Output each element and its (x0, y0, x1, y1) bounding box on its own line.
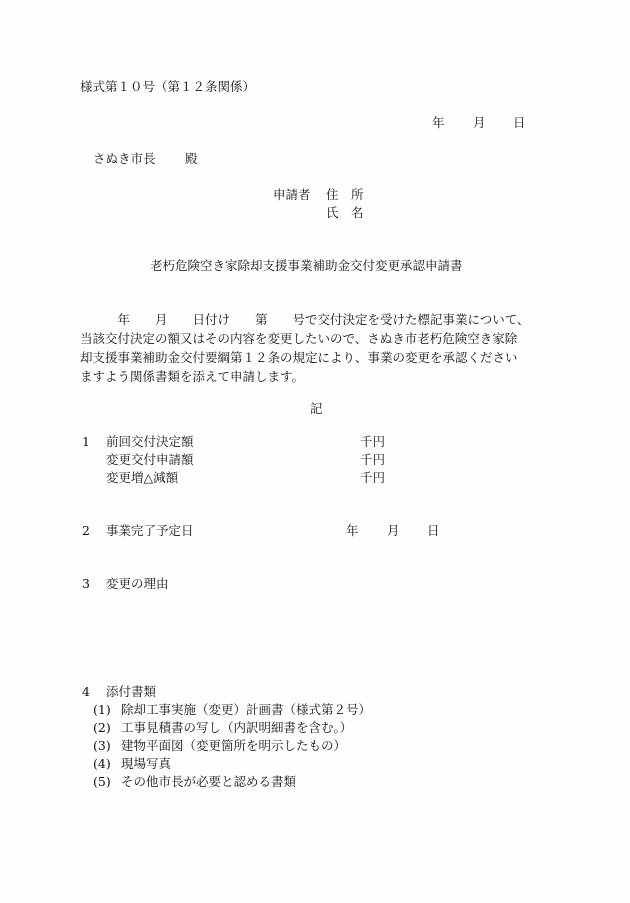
attachment-number: (5) (93, 776, 111, 789)
name-label: 氏 名 (326, 207, 364, 220)
date-year: 年 (432, 117, 445, 130)
completion-month: 月 (387, 525, 400, 538)
section-4-label: 添付書類 (106, 686, 156, 699)
attachment-number: (4) (93, 758, 111, 771)
section-3-label: 変更の理由 (106, 578, 169, 591)
section-3-number: 3 (82, 578, 90, 591)
attachment-text: 除却工事実施（変更）計画書（様式第２号） (121, 704, 371, 717)
attachment-number: (2) (93, 722, 111, 735)
document-title: 老朽危険空き家除却支援事業補助金交付変更承認申請書 (150, 260, 463, 273)
completion-year: 年 (346, 525, 359, 538)
body-paragraph: 年 月 日付け 第 号で交付決定を受けた標記事業について、 当該交付決定の額又は… (80, 310, 570, 386)
body-line: 却支援事業補助金交付要綱第１２条の規定により、事業の変更を承認ください (80, 348, 570, 367)
attachment-number: (3) (93, 740, 111, 753)
section-4-number: 4 (82, 686, 90, 699)
section-1-number: 1 (82, 436, 90, 449)
addressee-name: さぬき市長 (93, 153, 156, 166)
attachment-number: (1) (93, 704, 111, 717)
form-label: 様式第１０号（第１２条関係） (80, 81, 255, 94)
addressee-honorific: 殿 (185, 153, 198, 166)
completion-day: 日 (427, 525, 440, 538)
item-unit: 千円 (360, 472, 385, 485)
date-month: 月 (473, 117, 486, 130)
attachment-text: 現場写真 (121, 758, 171, 771)
attachment-text: 工事見積書の写し（内訳明細書を含む。） (121, 722, 352, 735)
body-line: 当該交付決定の額又はその内容を変更したいので、さぬき市老朽危険空き家除 (80, 329, 570, 348)
address-label: 住 所 (326, 189, 364, 202)
item-label: 変更交付申請額 (106, 454, 194, 467)
applicant-label: 申請者 (273, 189, 311, 202)
body-line: ますよう関係書類を添えて申請します。 (80, 367, 570, 386)
ki-heading: 記 (310, 403, 323, 416)
body-line: 年 月 日付け 第 号で交付決定を受けた標記事業について、 (80, 310, 570, 329)
item-unit: 千円 (360, 454, 385, 467)
attachment-text: その他市長が必要と認める書類 (121, 776, 296, 789)
item-label: 変更増△減額 (106, 472, 178, 485)
attachment-text: 建物平面図（変更箇所を明示したもの） (121, 740, 346, 753)
item-unit: 千円 (360, 436, 385, 449)
item-label: 前回交付決定額 (106, 436, 194, 449)
date-day: 日 (513, 117, 526, 130)
section-2-label: 事業完了予定日 (106, 525, 194, 538)
section-2-number: 2 (82, 525, 90, 538)
